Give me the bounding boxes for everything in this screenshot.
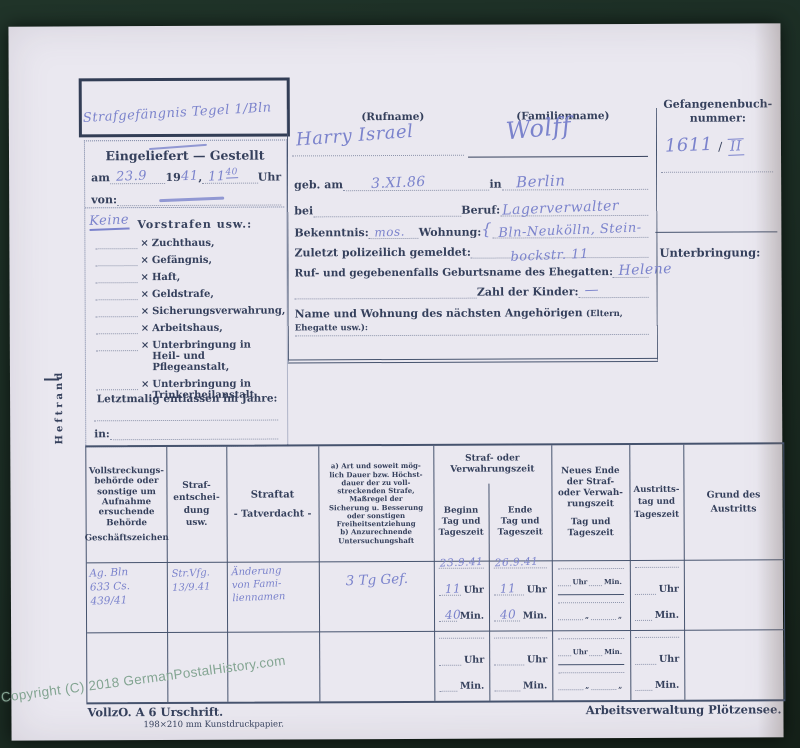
geburtsort-handwriting: Berlin <box>515 174 565 192</box>
buchnummer-handwriting: 1611 <box>665 136 714 157</box>
hour-field <box>635 663 656 664</box>
dotted-field <box>635 637 679 638</box>
familienname-handwriting: Wolff <box>505 113 572 144</box>
min-label: Min. <box>655 610 679 621</box>
item-label: Sicherungsverwahrung, <box>152 305 285 317</box>
keine-handwriting: Keine <box>89 213 129 230</box>
minute-field <box>635 620 652 621</box>
minute-field: 40 <box>494 620 520 621</box>
min-label: Min. <box>460 681 484 692</box>
dotted-field <box>558 672 624 673</box>
angehoerige-line: Name und Wohnung des nächsten Angehörige… <box>295 306 651 334</box>
hour-field <box>439 664 461 665</box>
hour-field <box>494 664 524 665</box>
dotted-field <box>591 619 616 620</box>
divider <box>558 594 624 595</box>
header-text: a) Art und soweit mög- lich Dauer bzw. H… <box>329 462 424 545</box>
x-mark: × <box>141 323 149 334</box>
dotted-field <box>635 567 679 568</box>
x-mark: × <box>141 340 149 351</box>
dotted-leader <box>96 289 138 300</box>
row2-neues-ende-cell: UhrMin. „„ <box>552 630 630 700</box>
row1-strafe: 3 Tg Gef. <box>327 570 428 590</box>
geburtsort-field: Berlin <box>502 189 649 191</box>
kinder-handwriting: — <box>584 283 599 298</box>
row2-beginn-cell: Uhr Min. <box>434 631 489 701</box>
gemeldet-label: Zuletzt polizeilich gemeldet: <box>294 246 471 260</box>
von-label: von: <box>91 193 117 206</box>
beruf-field: Lagerverwalter <box>500 215 648 217</box>
geb-field: 3.XI.86 <box>343 190 490 192</box>
brace-mark: { <box>481 222 492 239</box>
dotted-leader <box>96 323 138 334</box>
intake-title: Eingeliefert — Gestellt <box>87 147 283 163</box>
bei-field <box>313 216 461 218</box>
dotted-field <box>558 655 571 656</box>
rufname-underline <box>292 155 464 157</box>
intake-date-line: am 23.9 19 41, 1140 Uhr <box>91 163 281 184</box>
uhr-label: Uhr <box>527 654 547 665</box>
header-ende: Ende Tag und Tageszeit <box>488 483 551 560</box>
header-text: Straf- oder Verwahrungszeit <box>450 453 534 476</box>
date-handwriting: 23.9 <box>116 170 147 185</box>
header-art-und-dauer: a) Art und soweit mög- lich Dauer bzw. H… <box>318 446 434 562</box>
birth-line: geb. am 3.XI.86 in Berlin <box>294 172 648 192</box>
familienname-underline <box>468 156 648 158</box>
x-mark: × <box>141 272 149 283</box>
minute-field <box>494 690 520 691</box>
beruf-label: Beruf: <box>461 204 500 217</box>
min-label: Min. <box>604 647 622 656</box>
header-verwahrungszeit-group: Straf- oder Verwahrungszeit <box>433 445 551 484</box>
in-label: in <box>489 178 501 191</box>
dotted-field <box>558 619 583 620</box>
uhr-label: Uhr <box>464 584 484 595</box>
uhr-label: Uhr <box>527 584 547 595</box>
dotted-field <box>558 638 624 639</box>
beginn-hour-handwriting: 11 <box>445 582 462 595</box>
item-label: Gefängnis, <box>152 255 212 266</box>
angehoerige-field <box>295 334 649 337</box>
ehegatte-field: Helene <box>613 277 649 278</box>
vorstrafen-item: × Sicherungsverwahrung, <box>96 306 278 318</box>
buchnummer-label-line1: Gefangenenbuch- <box>663 97 772 110</box>
dotted-field <box>589 585 602 586</box>
dotted-leader <box>96 379 138 390</box>
ditto-mark: „ <box>585 611 589 620</box>
vorstrafen-item: × Arbeitshaus, <box>96 323 278 335</box>
row1-austritt-cell: Uhr Min. <box>630 560 684 630</box>
uhr-label: Uhr <box>573 647 588 656</box>
row1-beginn-cell: 23.9.41 11Uhr 40Min. <box>434 561 489 631</box>
vorstrafen-item: × Gefängnis, <box>95 255 277 267</box>
x-mark: × <box>141 306 149 317</box>
header-beginn: Beginn Tag und Tageszeit <box>433 484 488 561</box>
wohnung-field: Bln-Neukölln, Stein- <box>492 237 648 239</box>
year-handwriting: 41 <box>180 170 198 184</box>
header-text: Straftat <box>251 489 295 500</box>
header-austrittstag: Austritts- tag und Tageszeit <box>629 445 684 560</box>
rufname-handwriting: Harry Israel <box>295 123 414 151</box>
dotted-leader <box>96 306 138 317</box>
ehegatte-label: Ruf- und gegebenenfalls Geburtsname des … <box>294 266 612 279</box>
roman-handwriting: II <box>727 138 744 155</box>
vorstrafen-title: Vorstrafen usw.: <box>137 218 252 232</box>
blank-field <box>295 298 477 300</box>
row2-ende-cell: Uhr Min. <box>489 630 552 700</box>
document-paper: Strafgefängnis Tegel 1/Bln Eingeliefert … <box>8 23 783 740</box>
header-text: Grund des Austritts <box>707 489 761 515</box>
personal-data-box: (Rufname) (Familienname) Harry Israel Wo… <box>287 108 658 364</box>
uhr-label: Uhr <box>258 170 281 183</box>
in-label: in: <box>94 428 110 440</box>
row1-neues-ende-cell: UhrMin. „„ <box>552 560 630 630</box>
ditto-mark: „ <box>618 681 622 690</box>
date-field: 26.9.41 <box>494 567 547 568</box>
kinder-field: — <box>579 297 649 298</box>
row1-ende-cell: 26.9.41 11Uhr 40Min. <box>489 560 552 630</box>
header-text: Ende Tag und Tageszeit <box>498 505 543 539</box>
ende-minute-handwriting: 40 <box>500 609 517 622</box>
header-vollstreckungsbehoerde: Vollstreckungs- behörde oder sonstige um… <box>86 447 167 562</box>
header-text: Vollstreckungs- behörde oder sonstige um… <box>89 466 164 529</box>
ditto-mark: „ <box>585 681 589 690</box>
uhr-label: Uhr <box>659 653 679 664</box>
wohnung-label: Wohnung: <box>419 226 482 239</box>
issuing-office: Arbeitsverwaltung Plötzensee. <box>541 702 781 717</box>
dotted-field <box>558 689 583 690</box>
kinder-line: Zahl der Kinder: — <box>295 280 649 300</box>
header-text: Austritts- tag und Tageszeit <box>634 484 680 520</box>
ende-hour-handwriting: 11 <box>500 582 517 595</box>
header-text: Beginn Tag und Tageszeit <box>439 505 484 539</box>
row1-straftat: Änderung von Fami- liennamen <box>231 563 318 605</box>
bei-label: bei <box>294 204 313 217</box>
dotted-leader <box>96 340 138 351</box>
dotted-leader <box>95 238 137 249</box>
min-label: Min. <box>460 611 484 622</box>
dotted-field <box>558 585 571 586</box>
wohnung-handwriting: Bln-Neukölln, Stein- <box>498 222 642 241</box>
bekenntnis-field: mos. <box>369 238 419 239</box>
margin-tick <box>44 378 59 380</box>
bekenntnis-line: Bekenntnis: mos. Wohnung: { Bln-Neukölln… <box>294 220 648 240</box>
geb-label: geb. am <box>294 178 343 191</box>
bekenntnis-handwriting: mos. <box>375 226 406 240</box>
header-tatverdacht: - Tatverdacht - <box>234 508 312 519</box>
kinder-label: Zahl der Kinder: <box>477 285 579 298</box>
row1-geschaeftszeichen: Ag. Bln 633 Cs. 439/41 <box>89 564 167 609</box>
min-label: Min. <box>523 610 547 621</box>
paper-spec: 198×210 mm Kunstdruckpapier. <box>143 719 283 730</box>
buchnummer-underline <box>661 171 773 172</box>
uhr-label: Uhr <box>659 583 679 594</box>
x-mark: × <box>140 255 148 266</box>
beginn-date-handwriting: 23.9.41 <box>440 557 484 570</box>
min-label: Min. <box>604 577 622 586</box>
gemeldet-line: Zuletzt polizeilich gemeldet: bockstr. 1… <box>294 240 648 260</box>
year-prefix: 19 <box>165 171 180 184</box>
header-text: Straf- entschei- dung usw. <box>173 480 220 529</box>
beginn-minute-handwriting: 40 <box>445 609 462 622</box>
minute-field <box>635 690 652 691</box>
hour-field: 11 <box>494 594 524 595</box>
item-label: Arbeitshaus, <box>152 323 223 334</box>
ditto-mark: „ <box>618 611 622 620</box>
geb-handwriting: 3.XI.86 <box>371 175 426 192</box>
slash-mark: / <box>718 140 722 154</box>
dotted-field <box>494 637 547 638</box>
heftrand-label: Heftrand <box>54 348 65 444</box>
uhr-label: Uhr <box>572 577 587 586</box>
item-label: Unterbringung in Heil- und Pflegeanstalt… <box>152 340 262 373</box>
dotted-field <box>558 568 624 569</box>
vorstrafen-item: × Unterbringung in Heil- und Pflegeansta… <box>96 340 278 374</box>
date-field: 23.9.41 <box>439 568 484 569</box>
x-mark: × <box>141 289 149 300</box>
minute-field <box>439 691 457 692</box>
vorstrafen-list: × Zuchthaus, × Gefängnis, × Haft, × Geld… <box>87 237 284 401</box>
minute-field: 40 <box>439 621 457 622</box>
vorstrafen-item: × Zuchthaus, <box>95 238 277 250</box>
dotted-field <box>590 655 603 656</box>
dotted-leader <box>95 255 137 266</box>
row1-entscheidung: Str.Vfg. 13/9.41 <box>171 566 226 596</box>
ehegatte-handwriting: Helene <box>619 262 673 279</box>
ehegatte-line: Ruf- und gegebenenfalls Geburtsname des … <box>294 260 648 280</box>
header-text: Tag und Tageszeit <box>568 517 614 539</box>
vorstrafen-item: × Geldstrafe, <box>96 289 278 301</box>
min-label: Min. <box>523 680 547 691</box>
buchnummer-label: Gefangenenbuch- nummer: <box>657 97 779 125</box>
item-label: Geldstrafe, <box>152 289 214 300</box>
dotted-field <box>439 638 484 639</box>
gemeldet-field: bockstr. 11 <box>471 257 649 259</box>
beruf-handwriting: Lagerverwalter <box>502 199 619 218</box>
x-mark: × <box>141 379 149 390</box>
released-label: Letztmalig entlassen im Jahre: <box>96 393 278 406</box>
divider <box>558 664 624 665</box>
right-panel-divider <box>655 231 777 233</box>
item-label: Haft, <box>152 272 180 283</box>
in-line: in: <box>94 426 278 441</box>
hour-field <box>635 593 656 594</box>
unterbringung-label: Unterbringung: <box>659 245 760 259</box>
min-label: Min. <box>655 680 679 691</box>
header-geschaeftszeichen: Geschäftszeichen <box>85 533 169 543</box>
item-label: Zuchthaus, <box>152 238 215 249</box>
header-neues-ende: Neues Ende der Straf- oder Verwah- rungs… <box>551 445 630 560</box>
buchnummer-value: 1611 / II <box>665 135 744 155</box>
dotted-field <box>558 602 624 603</box>
form-number: VollzO. A 6 Urschrift. <box>87 705 223 720</box>
header-text: Neues Ende der Straf- oder Verwah- rungs… <box>558 466 623 510</box>
dotted-leader <box>96 272 138 283</box>
header-strafentscheidung: Straf- entschei- dung usw. <box>166 447 227 562</box>
am-label: am <box>91 171 110 184</box>
header-grund-des-austritts: Grund des Austritts <box>683 444 784 559</box>
vorstrafen-item: × Haft, <box>96 272 278 284</box>
uhr-label: Uhr <box>464 654 484 665</box>
angehoerige-label: Name und Wohnung des nächsten Angehörige… <box>295 306 583 320</box>
dotted-field <box>591 689 616 690</box>
ende-date-handwriting: 26.9.41 <box>495 557 539 570</box>
time-handwriting: 1140 <box>208 168 239 184</box>
row2-austritt-cell: Uhr Min. <box>630 630 684 700</box>
buchnummer-label-line2: nummer: <box>690 111 746 124</box>
beruf-line: bei Beruf: Lagerverwalter <box>294 198 648 218</box>
bekenntnis-label: Bekenntnis: <box>294 226 368 239</box>
x-mark: × <box>140 238 148 249</box>
hour-field: 11 <box>439 594 461 595</box>
header-straftat: Straftat - Tatverdacht - <box>226 446 319 561</box>
